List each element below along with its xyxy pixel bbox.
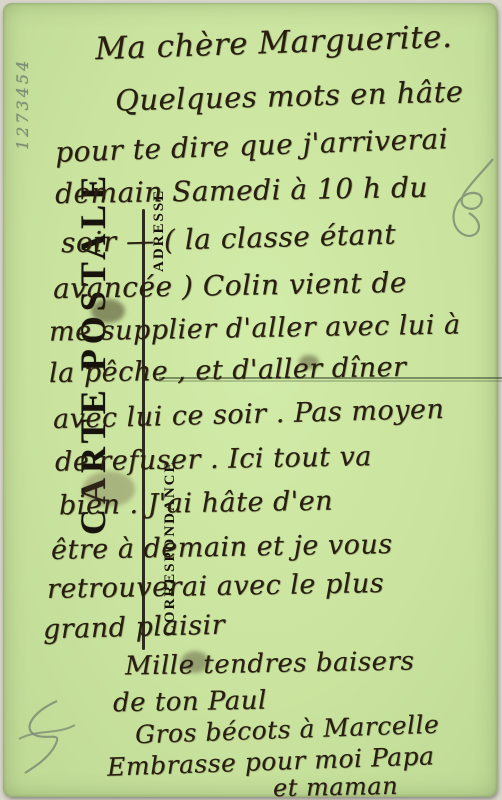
handwriting-line: Ma chère Marguerite. — [94, 19, 452, 67]
handwriting-line: être à demain et je vous — [51, 529, 393, 566]
handwriting-line: de ton Paul — [113, 686, 267, 719]
handwriting-line: bien . J'ai hâte d'en — [59, 486, 334, 522]
pencil-flourish-right — [435, 155, 502, 247]
handwriting-line: Mille tendres baisers — [125, 646, 415, 681]
handwriting-line: avancée ) Colin vient de — [53, 266, 407, 305]
postcard-card: CARTE POSTALE ADRESSE CORRESPONDANCE 127… — [3, 3, 497, 797]
catalog-number: 1273454 — [13, 58, 32, 150]
handwriting-line: pour te dire que j'arriverai — [55, 122, 449, 169]
handwriting-line: Quelques mots en hâte — [115, 74, 464, 117]
handwriting-line: et maman — [273, 772, 399, 800]
handwriting-line: grand plaisir — [43, 610, 226, 646]
handwriting-line: la pêche , et d'aller dîner — [49, 352, 407, 389]
handwriting-line: me supplier d'aller avec lui à — [49, 309, 461, 347]
handwriting-line: demain Samedi à 10 h du — [55, 171, 428, 211]
handwriting-line: de refuser . Ici tout va — [55, 441, 372, 478]
scanned-postcard-page: { "postcard": { "printed": { "title": "C… — [0, 0, 502, 800]
handwriting-line: retrouverai avec le plus — [47, 568, 385, 605]
pencil-flourish-bottom-left — [13, 695, 83, 777]
